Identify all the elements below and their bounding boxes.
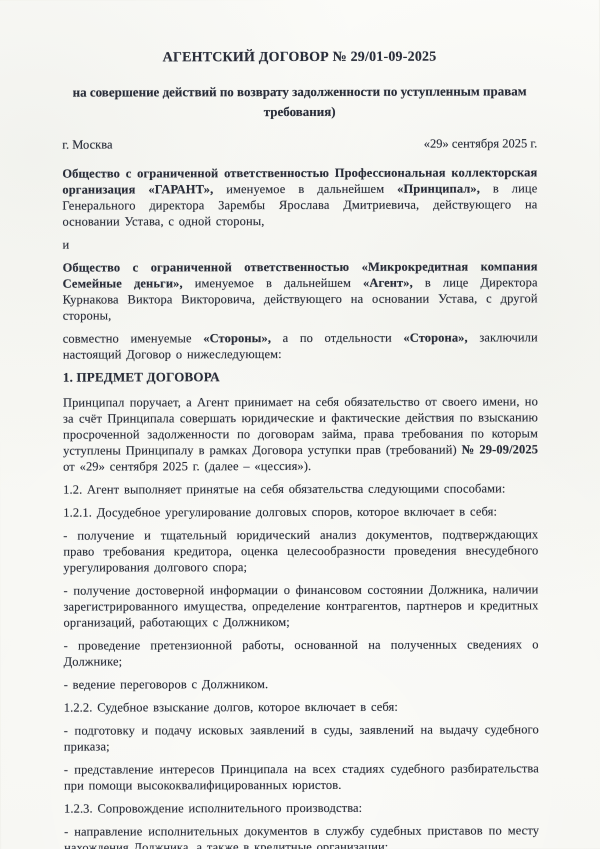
bullet-item: - направление исполнительных документов … — [64, 822, 539, 849]
parties-joint-paragraph: совместно именуемые «Стороны», а по отде… — [63, 329, 538, 362]
bullet-item: - ведение переговоров с Должником. — [64, 675, 539, 692]
bullet-item: - получение достоверной информации о фин… — [63, 581, 538, 630]
scanned-contract-page: АГЕНТСКИЙ ДОГОВОР № 29/01-09-2025 на сов… — [0, 0, 600, 849]
bullet-item: - представление интересов Принципала на … — [64, 760, 539, 793]
agent-role-label: «Агент», — [363, 276, 413, 290]
bullet-item: - проведение претензионной работы, основ… — [64, 636, 539, 669]
cession-contract-number: № 29-09/2025 — [462, 442, 538, 456]
bullet-item: - подготовку и подачу исковых заявлений … — [64, 721, 539, 754]
clause-1-2-3: 1.2.3. Сопровождение исполнительного про… — [64, 799, 539, 816]
contract-title: АГЕНТСКИЙ ДОГОВОР № 29/01-09-2025 — [62, 49, 537, 66]
clause-1-2-2: 1.2.2. Судебное взыскание долгов, которо… — [64, 698, 539, 715]
party-agent-paragraph: Общество с ограниченной ответственностью… — [63, 258, 538, 323]
bullet-item: - получение и тщательный юридический ана… — [63, 526, 538, 575]
clause-1-2-1: 1.2.1. Досудебное урегулирование долговы… — [63, 503, 538, 520]
contract-date: «29» сентября 2025 г. — [424, 135, 538, 151]
place-date-row: г. Москва «29» сентября 2025 г. — [62, 135, 537, 152]
conjunction-and: и — [63, 235, 538, 252]
clause-1-1: Принципал поручает, а Агент принимает на… — [63, 393, 538, 474]
section-1-heading: 1. ПРЕДМЕТ ДОГОВОРА — [63, 368, 538, 385]
contract-subtitle: на совершение действий по возврату задол… — [63, 81, 537, 122]
principal-role-label: «Принципал», — [397, 182, 480, 196]
party-principal-paragraph: Общество с ограниченной ответственностью… — [62, 164, 537, 229]
contract-city: г. Москва — [62, 136, 112, 152]
clause-1-2: 1.2. Агент выполняет принятые на себя об… — [63, 480, 538, 497]
